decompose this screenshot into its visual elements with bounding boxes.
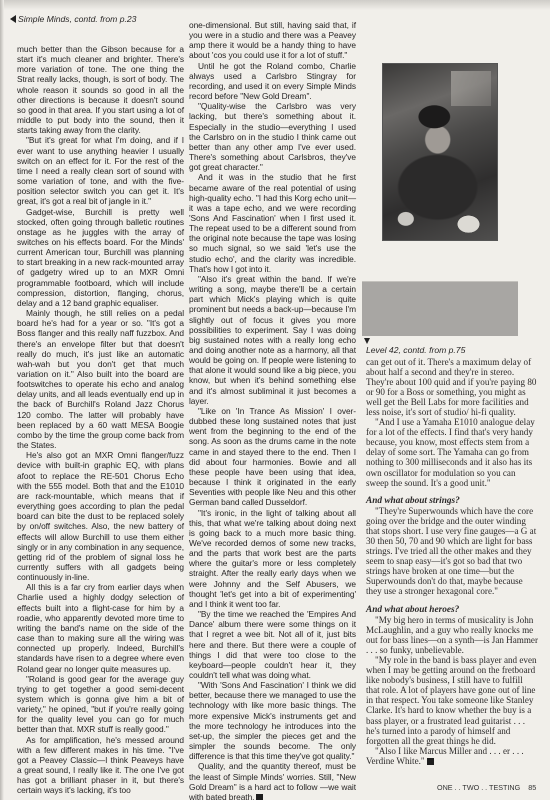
paragraph: He's also got an MXR Omni flanger/fuzz d…	[17, 450, 184, 582]
page-left-edge-shadow	[0, 0, 4, 800]
down-triangle-icon	[364, 338, 370, 344]
paragraph: And it was in the studio that he first b…	[189, 172, 356, 274]
paragraph: "Quality-wise the Carlsbro was very lack…	[189, 101, 356, 172]
paragraph-final: Quality, and the quantity thereof, must …	[189, 761, 356, 800]
continuation-kicker-simple-minds: Simple Minds, contd. from p.23	[10, 14, 136, 24]
page-top-edge-shadow	[0, 0, 550, 10]
article-column-left: much better than the Gibson because for …	[17, 44, 184, 796]
paragraph: "With 'Sons And Fascination' I think we …	[189, 680, 356, 761]
paragraph: "My role in the band is bass player and …	[366, 655, 538, 745]
photo-charlie-burchill	[382, 63, 498, 241]
article-column-middle: one-dimensional. But still, having said …	[189, 20, 356, 800]
paragraph: Mainly though, he still relies on a peda…	[17, 308, 184, 450]
end-square-icon	[427, 758, 434, 765]
paragraph: "My big hero in terms of musicality is J…	[366, 615, 538, 655]
paragraph: "They're Superwounds which have the core…	[366, 506, 538, 596]
paragraph: All this is a far cry from earlier days …	[17, 582, 184, 673]
paragraph: "Roland is good gear for the average guy…	[17, 674, 184, 735]
kicker-text: Simple Minds, contd. from p.23	[18, 14, 136, 24]
gray-tint-box	[362, 281, 518, 336]
paragraph: much better than the Gibson because for …	[17, 44, 184, 135]
subheading-strings: And what about strings?	[366, 496, 538, 507]
paragraph: "Like on 'In Trance As Mission' I over-d…	[189, 406, 356, 508]
paragraph-text: Quality, and the quantity thereof, must …	[189, 761, 356, 800]
paragraph-text: "Also I like Marcus Miller and . . . er …	[366, 746, 524, 766]
page-number: 85	[528, 783, 536, 792]
photo-highlight	[451, 71, 491, 106]
article-column-right: can get out of it. There's a maximum del…	[366, 357, 538, 766]
paragraph: "Also it's great within the band. If we'…	[189, 274, 356, 406]
running-title: ONE . . TWO . . TESTING	[437, 783, 520, 792]
paragraph: "It's ironic, in the light of talking ab…	[189, 508, 356, 610]
subheading-heroes: And what about heroes?	[366, 605, 538, 616]
page-footer: ONE . . TWO . . TESTING85	[437, 783, 536, 792]
paragraph: "But it's great for what I'm doing, and …	[17, 135, 184, 206]
paragraph: one-dimensional. But still, having said …	[189, 20, 356, 61]
paragraph-final: "Also I like Marcus Miller and . . . er …	[366, 746, 538, 766]
paragraph: can get out of it. There's a maximum del…	[366, 357, 538, 417]
paragraph: Until he got the Roland combo, Charlie a…	[189, 61, 356, 102]
end-square-icon	[256, 794, 263, 800]
paragraph: Gadget-wise, Burchill is pretty well sto…	[17, 207, 184, 309]
continuation-kicker-level-42: Level 42, contd. from p.75	[366, 345, 465, 355]
paragraph: As for amplification, he's messed around…	[17, 735, 184, 796]
paragraph: "By the time we reached the 'Empires And…	[189, 609, 356, 680]
paragraph: "And I use a Yamaha E1010 analogue delay…	[366, 417, 538, 487]
left-triangle-icon	[10, 15, 16, 23]
